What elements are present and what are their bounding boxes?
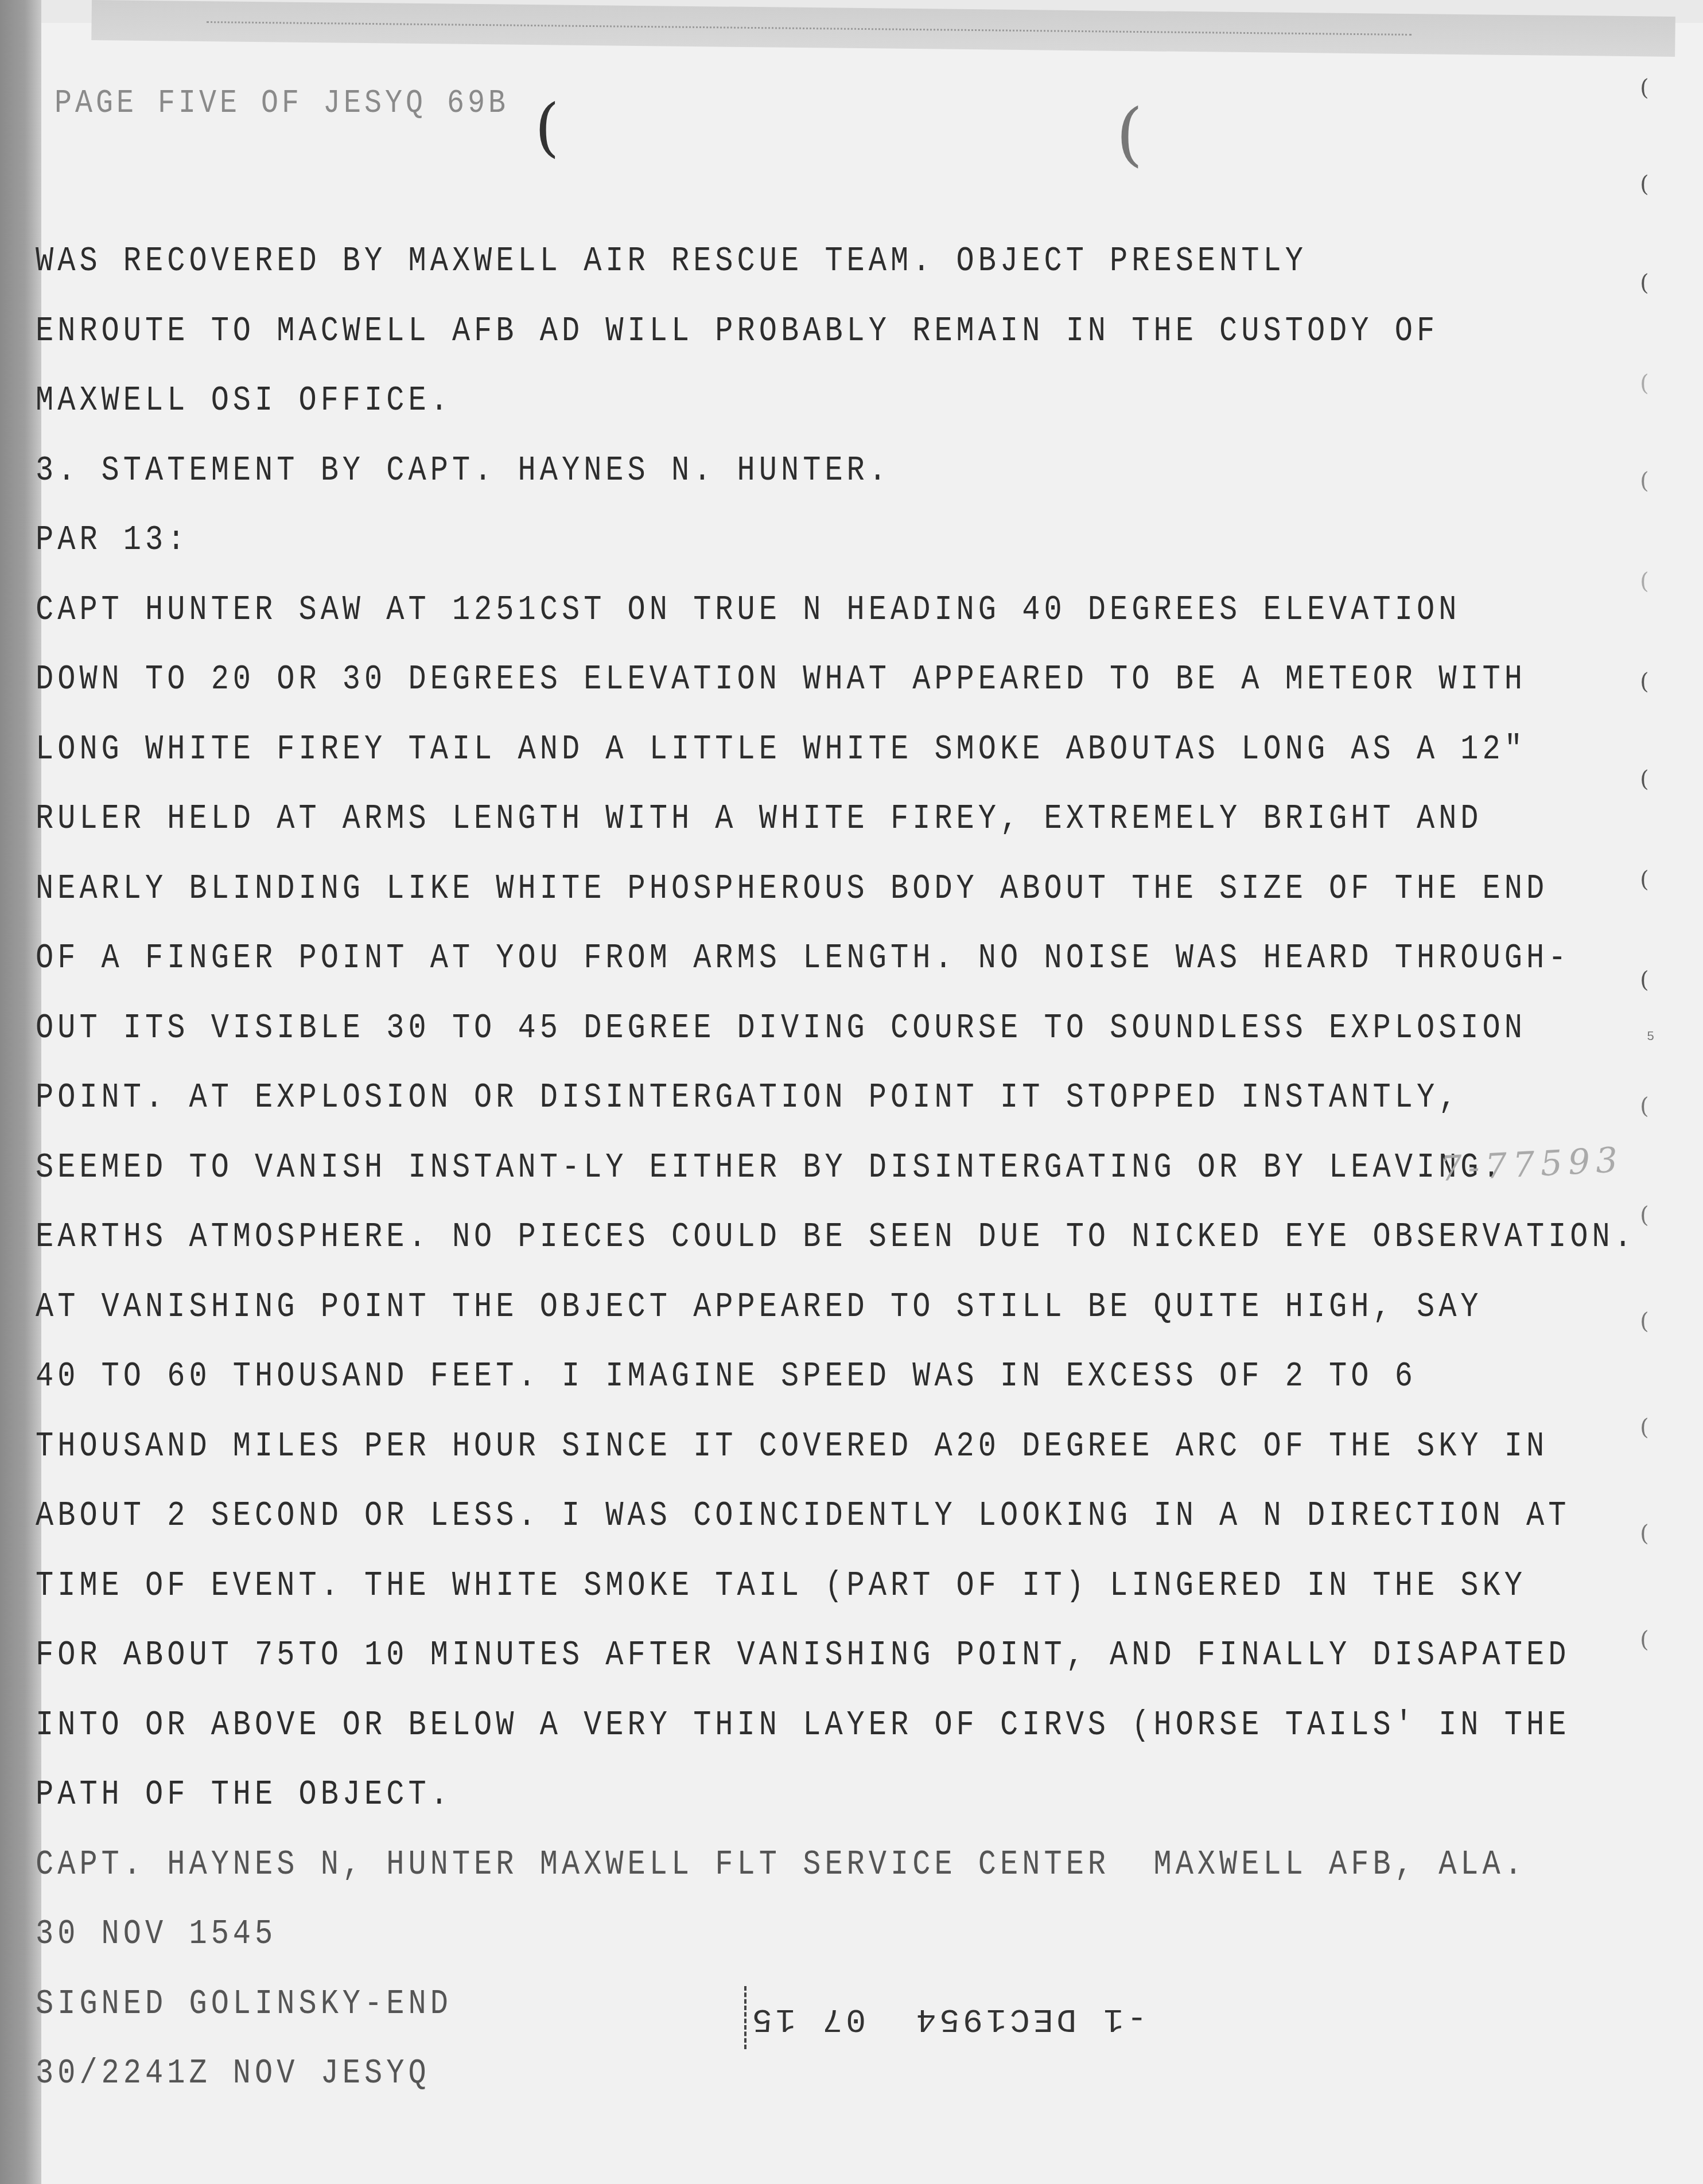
tractor-feed-mark: (	[1640, 568, 1649, 594]
page-header: PAGE FIVE OF JESYQ 69B	[55, 85, 509, 123]
tractor-feed-mark: (	[1640, 1626, 1649, 1653]
margin-page-mark: 5	[1647, 1030, 1654, 1044]
message-dtg-line: 30/2241Z NOV JESYQ	[36, 2033, 1585, 2115]
punch-hole-mark: (	[535, 91, 559, 164]
tractor-feed-mark: (	[1640, 1414, 1649, 1441]
tractor-feed-mark: (	[1640, 270, 1649, 296]
message-body: WAS RECOVERED BY MAXWELL AIR RESCUE TEAM…	[36, 227, 1585, 2109]
tractor-feed-mark: (	[1640, 668, 1649, 695]
tractor-feed-mark: (	[1640, 75, 1649, 101]
tractor-feed-mark: (	[1640, 967, 1649, 993]
tractor-feed-mark: (	[1640, 468, 1649, 494]
received-date-stamp: -1 DEC1954 07 15	[749, 2000, 1147, 2037]
tractor-feed-mark: (	[1640, 1093, 1649, 1119]
tractor-feed-mark: (	[1640, 1308, 1649, 1334]
tractor-feed-mark: (	[1640, 1202, 1649, 1228]
punch-hole-mark: (	[1116, 95, 1143, 174]
tractor-feed-mark: (	[1640, 370, 1649, 396]
tractor-feed-mark: (	[1640, 1520, 1649, 1547]
tractor-feed-mark: (	[1640, 766, 1649, 792]
tractor-feed-mark: (	[1640, 171, 1649, 197]
tractor-feed-mark: (	[1640, 866, 1649, 893]
